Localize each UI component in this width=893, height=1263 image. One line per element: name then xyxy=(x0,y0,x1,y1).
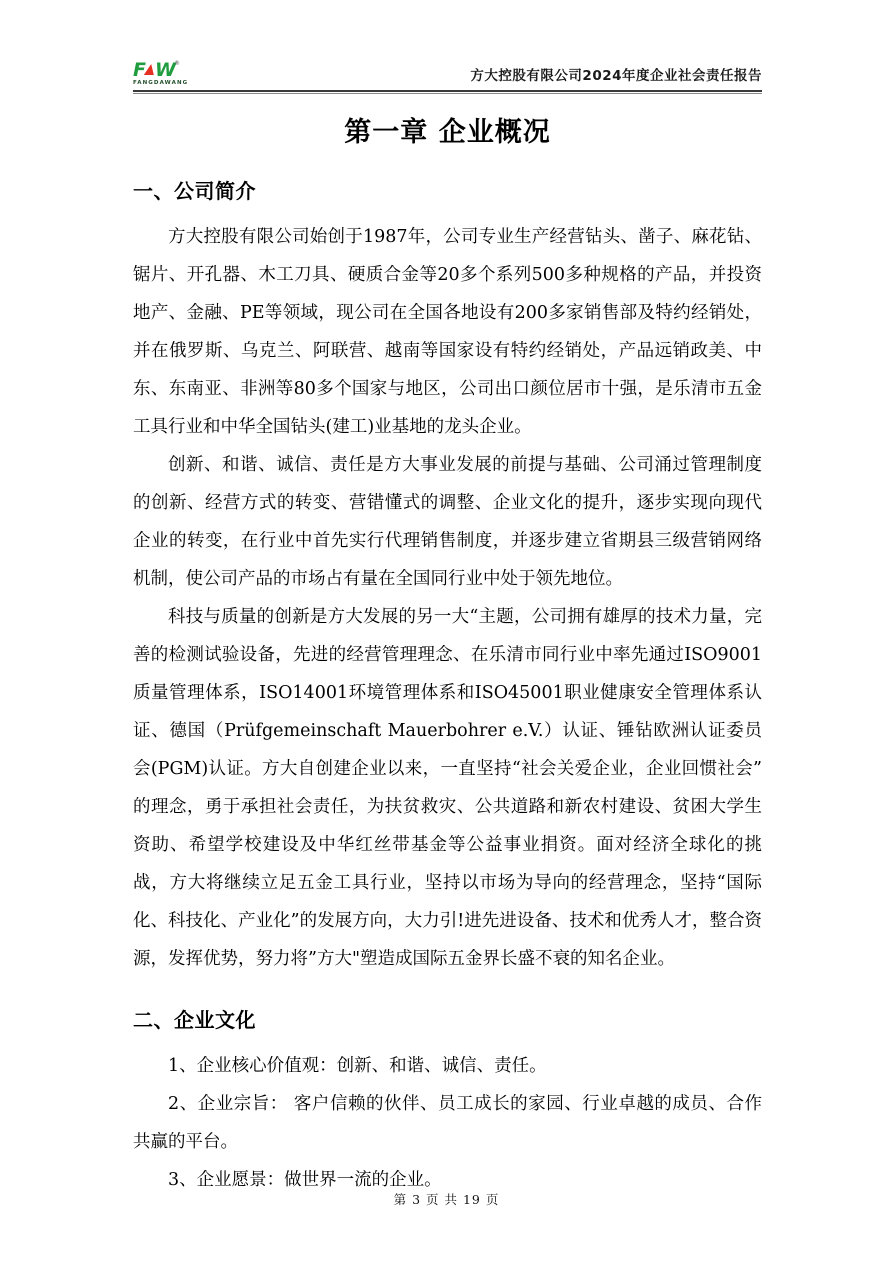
registered-trademark-icon: ® xyxy=(174,60,180,67)
logo-mark-icon: FW® xyxy=(133,61,180,80)
profile-paragraph-1: 方大控股有限公司始创于1987年，公司专业生产经营钻头、凿子、麻花钻、锯片、开孔… xyxy=(133,218,762,446)
company-logo: FW® FANGDAWANG xyxy=(133,61,203,87)
profile-paragraph-3: 科技与质量的创新是方大发展的另一大“主题，公司拥有雄厚的技术力量，完善的检测试验… xyxy=(133,598,762,978)
section-heading-corporate-culture: 二、企业文化 xyxy=(133,1004,762,1033)
header-divider xyxy=(133,90,762,94)
chapter-title: 第一章 企业概况 xyxy=(133,110,762,149)
report-page: FW® FANGDAWANG 方大控股有限公司2024年度企业社会责任报告 第一… xyxy=(0,0,893,1263)
culture-item-2: 2、企业宗旨： 客户信赖的伙伴、员工成长的家园、行业卓越的成员、合作共赢的平台。 xyxy=(133,1085,762,1161)
report-header-title: 方大控股有限公司2024年度企业社会责任报告 xyxy=(470,64,762,86)
page-number: 第 3 页 共 19 页 xyxy=(0,1190,893,1208)
section-heading-company-profile: 一、公司简介 xyxy=(133,175,762,204)
profile-paragraph-2: 创新、和谐、诚信、责任是方大事业发展的前提与基础、公司涌过管理制度的创新、经营方… xyxy=(133,446,762,598)
culture-item-1: 1、企业核心价值观：创新、和谐、诚信、责任。 xyxy=(133,1047,762,1085)
page-header: FW® FANGDAWANG 方大控股有限公司2024年度企业社会责任报告 xyxy=(133,48,762,86)
logo-subtext: FANGDAWANG xyxy=(133,81,203,87)
